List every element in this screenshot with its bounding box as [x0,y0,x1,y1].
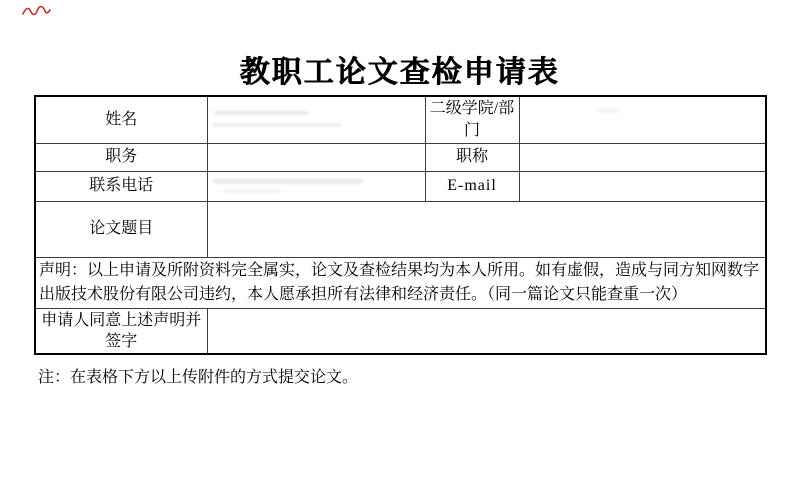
table-row: 声明：以上申请及所附资料完全属实，论文及查检结果均为本人所用。如有虚假，造成与同… [35,257,766,308]
department-value-cell[interactable] [519,96,766,143]
table-row: 职务 职称 [35,143,766,171]
signature-label-cell: 申请人同意上述声明并签字 [35,308,207,354]
email-value-cell[interactable] [519,171,766,201]
table-row: 论文题目 [35,201,766,257]
position-label-cell: 职务 [35,143,207,171]
redacted-smudge [222,190,282,193]
name-label-cell: 姓名 [35,96,207,143]
phone-label-cell: 联系电话 [35,171,207,201]
paper-title-value-cell[interactable] [207,201,766,257]
professional-title-label-cell: 职称 [425,143,519,171]
phone-value-cell[interactable] [207,171,425,201]
redacted-smudge [212,123,342,127]
red-pen-scribble-mark [21,3,51,19]
page-title: 教职工论文查检申请表 [0,47,799,91]
name-value-cell[interactable] [207,96,425,143]
form-document-page: { "title": "教职工论文查检申请表", "form": { "row1… [0,0,799,490]
table-row: 联系电话 E-mail [35,171,766,201]
table-row: 申请人同意上述声明并签字 [35,308,766,354]
submission-note: 注：在表格下方以上传附件的方式提交论文。 [38,364,358,387]
redacted-smudge [598,109,620,112]
table-row: 姓名 二级学院/部门 [35,96,766,143]
declaration-text-cell: 声明：以上申请及所附资料完全属实，论文及查检结果均为本人所用。如有虚假，造成与同… [35,257,766,308]
department-label-cell: 二级学院/部门 [425,96,519,143]
application-form-table: 姓名 二级学院/部门 职务 职称 联系电话 E-mail 论文题目 声明：以上申… [34,95,767,355]
paper-title-label-cell: 论文题目 [35,201,207,257]
redacted-smudge [213,179,363,184]
position-value-cell[interactable] [207,143,425,171]
professional-title-value-cell[interactable] [519,143,766,171]
redacted-smudge [214,111,309,115]
email-label-cell: E-mail [425,171,519,201]
signature-value-cell[interactable] [207,308,766,354]
